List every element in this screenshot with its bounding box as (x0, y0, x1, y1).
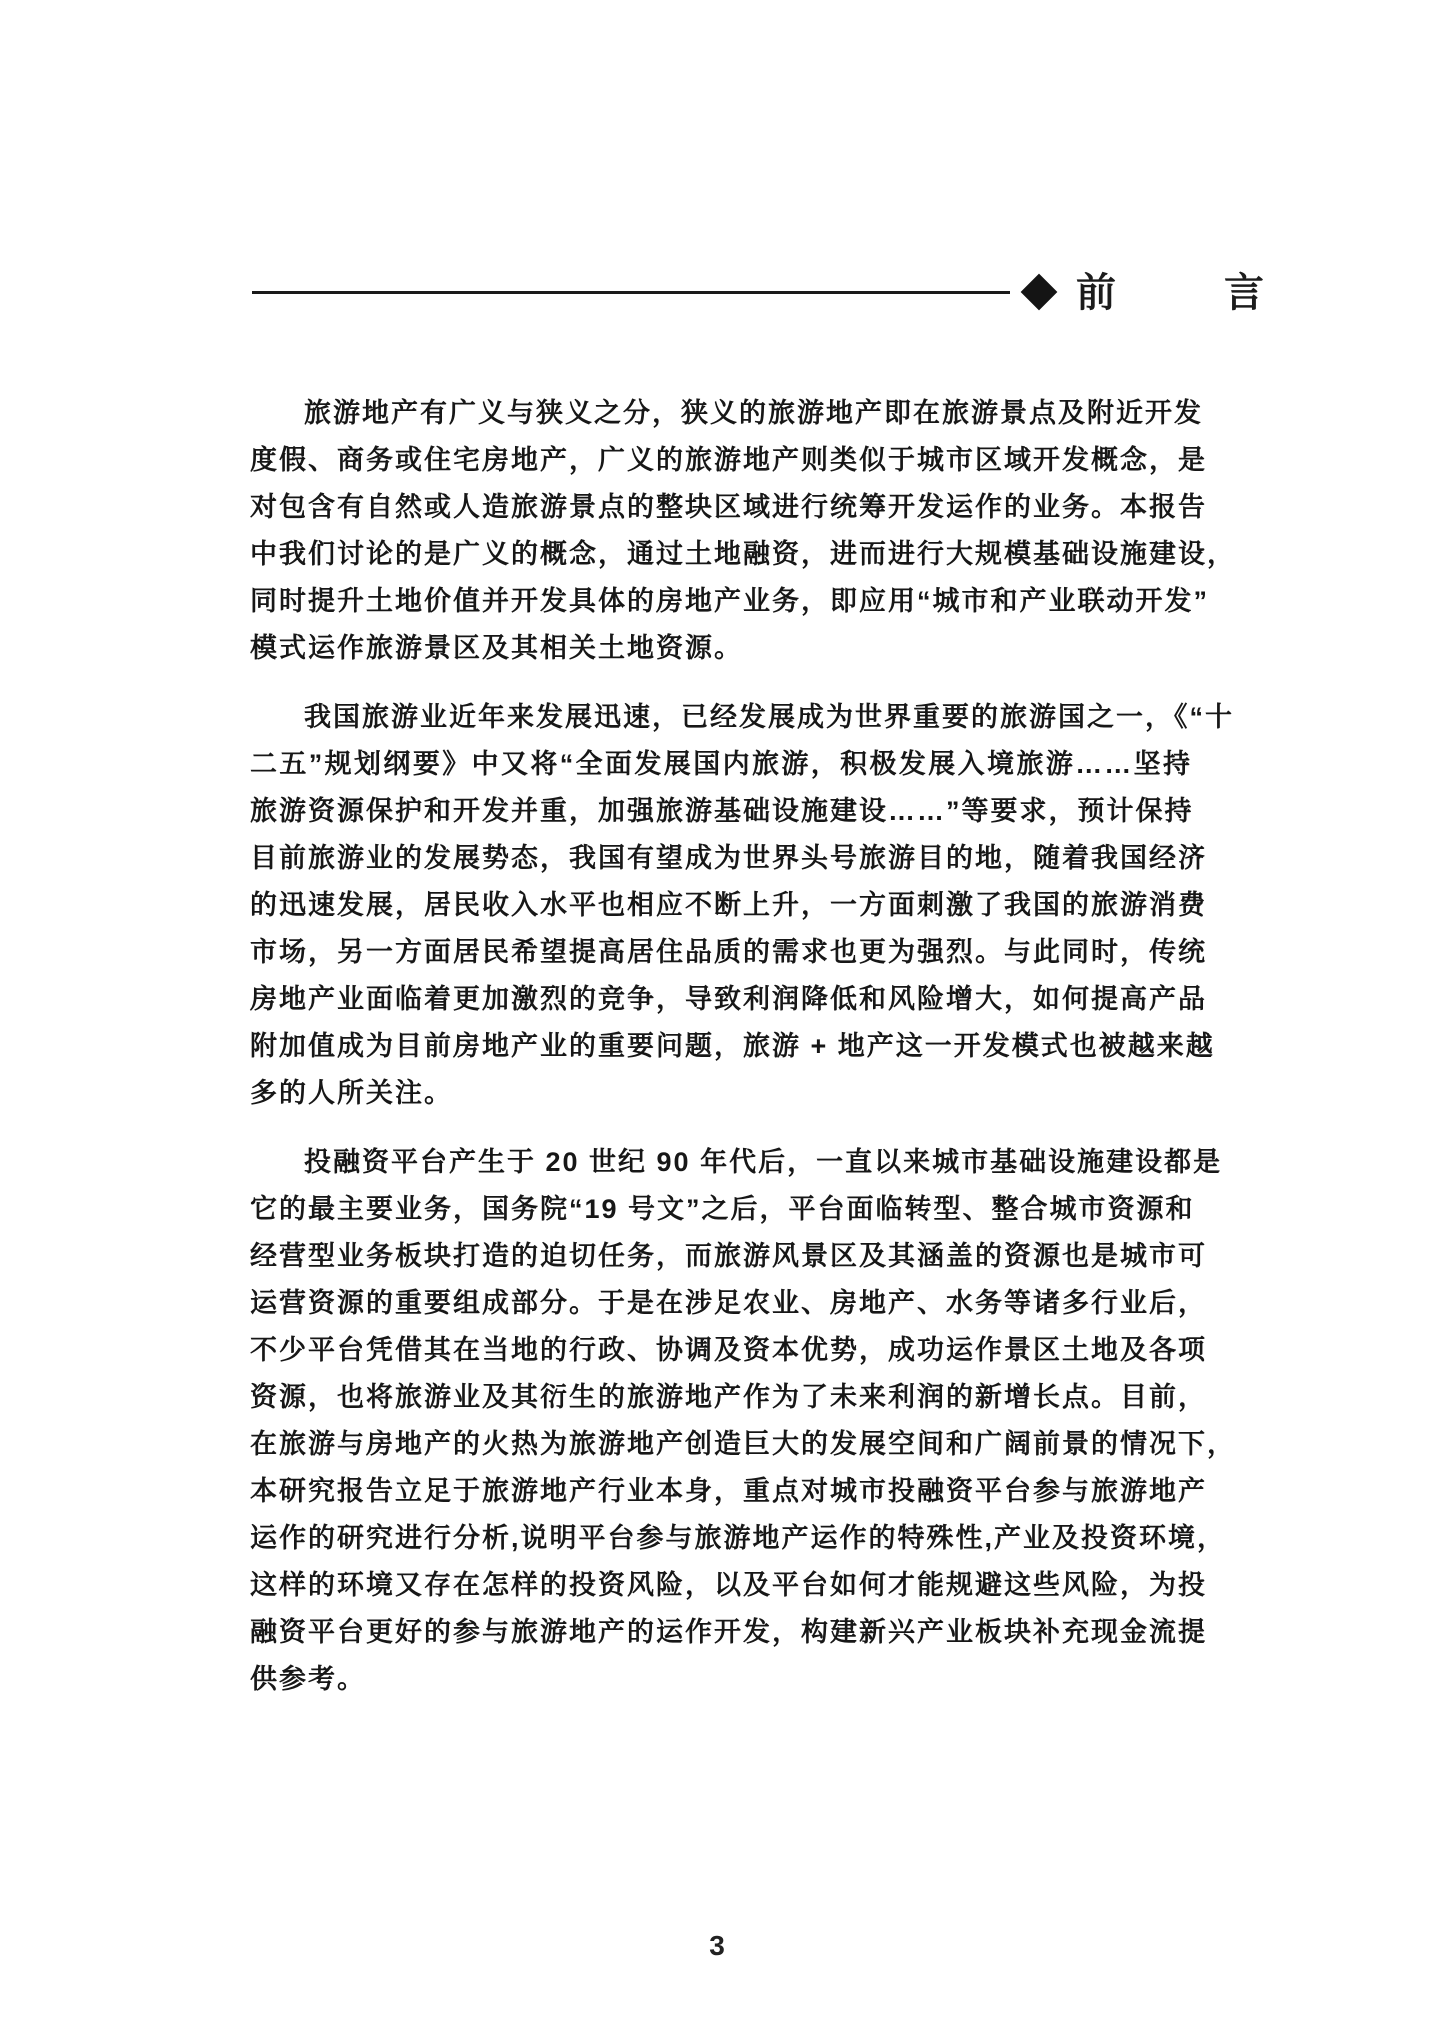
text-line: 中我们讨论的是广义的概念，通过土地融资，进而进行大规模基础设施建设， (250, 531, 1192, 578)
text-line: 资源，也将旅游业及其衍生的旅游地产作为了未来利润的新增长点。目前， (250, 1374, 1192, 1421)
text-line: 融资平台更好的参与旅游地产的运作开发，构建新兴产业板块补充现金流提 (250, 1609, 1192, 1656)
text-line: 本研究报告立足于旅游地产行业本身，重点对城市投融资平台参与旅游地产 (250, 1468, 1192, 1515)
paragraph: 旅游地产有广义与狭义之分，狭义的旅游地产即在旅游景点及附近开发度假、商务或住宅房… (250, 390, 1192, 672)
text-line: 市场，另一方面居民希望提高居住品质的需求也更为强烈。与此同时，传统 (250, 929, 1192, 976)
page-number: 3 (709, 1930, 725, 1961)
text-line: 投融资平台产生于 20 世纪 90 年代后，一直以来城市基础设施建设都是 (250, 1139, 1192, 1186)
text-line: 模式运作旅游景区及其相关土地资源。 (250, 625, 1192, 672)
text-line: 不少平台凭借其在当地的行政、协调及资本优势，成功运作景区土地及各项 (250, 1327, 1192, 1374)
text-line: 运营资源的重要组成部分。于是在涉足农业、房地产、水务等诸多行业后， (250, 1280, 1192, 1327)
text-line: 目前旅游业的发展势态，我国有望成为世界头号旅游目的地，随着我国经济 (250, 835, 1192, 882)
text-line: 经营型业务板块打造的迫切任务，而旅游风景区及其涵盖的资源也是城市可 (250, 1233, 1192, 1280)
text-line: 对包含有自然或人造旅游景点的整块区域进行统筹开发运作的业务。本报告 (250, 484, 1192, 531)
text-line: 在旅游与房地产的火热为旅游地产创造巨大的发展空间和广阔前景的情况下， (250, 1421, 1192, 1468)
text-line: 运作的研究进行分析,说明平台参与旅游地产运作的特殊性,产业及投资环境， (250, 1515, 1192, 1562)
text-line: 旅游资源保护和开发并重，加强旅游基础设施建设……”等要求，预计保持 (250, 788, 1192, 835)
text-line: 附加值成为目前房地产业的重要问题，旅游 + 地产这一开发模式也被越来越 (250, 1023, 1192, 1070)
text-line: 它的最主要业务，国务院“19 号文”之后，平台面临转型、整合城市资源和 (250, 1186, 1192, 1233)
diamond-icon (1021, 274, 1058, 311)
text-line: 多的人所关注。 (250, 1070, 1192, 1117)
text-line: 供参考。 (250, 1656, 1192, 1703)
text-line: 度假、商务或住宅房地产，广义的旅游地产则类似于城市区域开发概念，是 (250, 437, 1192, 484)
text-line: 旅游地产有广义与狭义之分，狭义的旅游地产即在旅游景点及附近开发 (250, 390, 1192, 437)
document-page: 前 言 旅游地产有广义与狭义之分，狭义的旅游地产即在旅游景点及附近开发度假、商务… (0, 0, 1434, 2024)
paragraph: 我国旅游业近年来发展迅速，已经发展成为世界重要的旅游国之一，《“十二五”规划纲要… (250, 694, 1192, 1117)
page-title: 前 言 (1076, 271, 1298, 313)
text-line: 二五”规划纲要》中又将“全面发展国内旅游，积极发展入境旅游……坚持 (250, 741, 1192, 788)
text-line: 同时提升土地价值并开发具体的房地产业务，即应用“城市和产业联动开发” (250, 578, 1192, 625)
text-line: 我国旅游业近年来发展迅速，已经发展成为世界重要的旅游国之一，《“十 (250, 694, 1192, 741)
text-line: 的迅速发展，居民收入水平也相应不断上升，一方面刺激了我国的旅游消费 (250, 882, 1192, 929)
header-rule (252, 291, 1010, 294)
text-line: 房地产业面临着更加激烈的竞争，导致利润降低和风险增大，如何提高产品 (250, 976, 1192, 1023)
text-line: 这样的环境又存在怎样的投资风险，以及平台如何才能规避这些风险，为投 (250, 1562, 1192, 1609)
body-text: 旅游地产有广义与狭义之分，狭义的旅游地产即在旅游景点及附近开发度假、商务或住宅房… (250, 390, 1192, 1703)
paragraph: 投融资平台产生于 20 世纪 90 年代后，一直以来城市基础设施建设都是它的最主… (250, 1139, 1192, 1703)
page-footer: 3 (0, 1930, 1434, 1962)
page-header: 前 言 (252, 262, 1204, 322)
